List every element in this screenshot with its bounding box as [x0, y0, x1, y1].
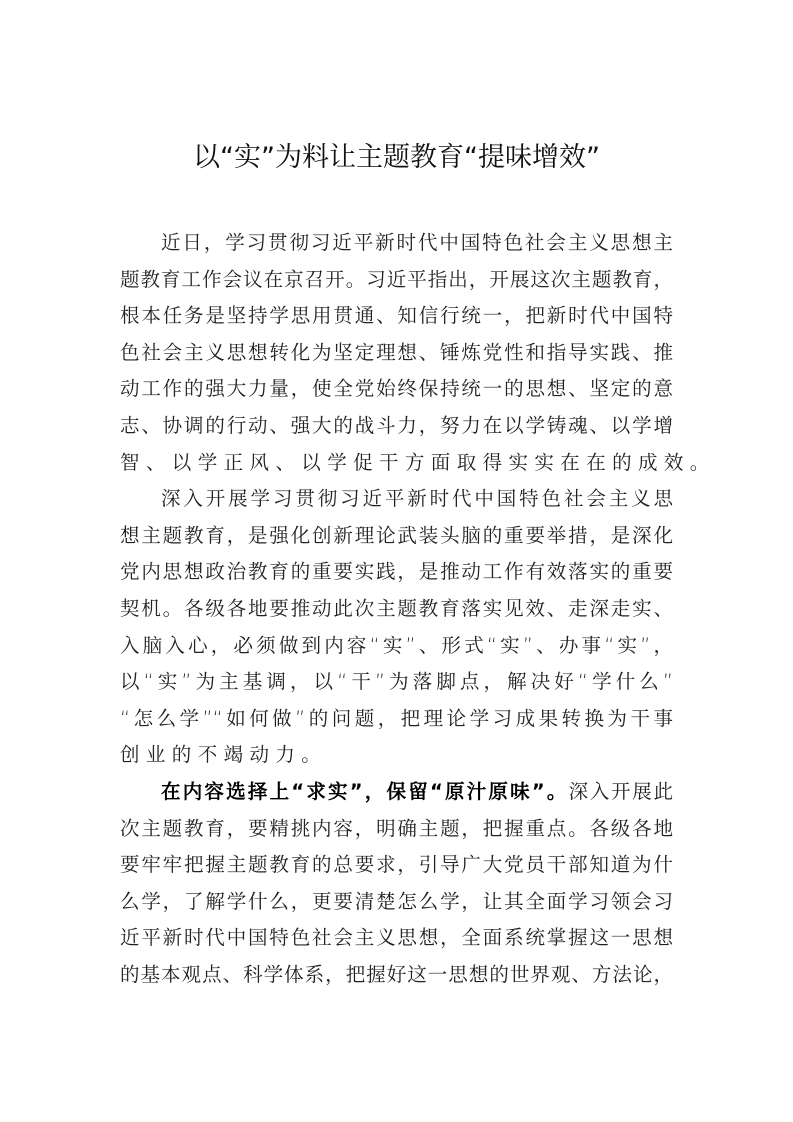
paragraph-line: 动工作的强大力量，使全党始终保持统一的思想、坚定的意 — [120, 371, 673, 408]
document-body: 近日，学习贯彻习近平新时代中国特色社会主义思想主 题教育工作会议在京召开。习近平… — [120, 225, 673, 993]
section-heading: 在内容选择上“求实”，保留“原汁原味”。 — [161, 780, 569, 803]
paragraph-line: “怎么学”“如何做”的问题，把理论学习成果转换为干事 — [120, 701, 673, 738]
paragraph-line: 以“实”为主基调，以“干”为落脚点，解决好“学什么” — [120, 664, 673, 701]
paragraph-line: 题教育工作会议在京召开。习近平指出，开展这次主题教育， — [120, 262, 673, 299]
paragraph-line: 么学，了解学什么，更要清楚怎么学，让其全面学习领会习 — [120, 884, 673, 921]
paragraph-line: 近日，学习贯彻习近平新时代中国特色社会主义思想主 — [120, 225, 673, 262]
paragraph-line: 要牢牢把握主题教育的总要求，引导广大党员干部知道为什 — [120, 847, 673, 884]
paragraph-line: 志、协调的行动、强大的战斗力，努力在以学铸魂、以学增 — [120, 408, 673, 445]
paragraph-line: 次主题教育，要精挑内容，明确主题，把握重点。各级各地 — [120, 811, 673, 848]
paragraph-line: 在内容选择上“求实”，保留“原汁原味”。深入开展此 — [120, 774, 673, 811]
paragraph-2: 深入开展学习贯彻习近平新时代中国特色社会主义思 想主题教育，是强化创新理论武装头… — [120, 481, 673, 774]
paragraph-line: 党内思想政治教育的重要实践，是推动工作有效落实的重要 — [120, 554, 673, 591]
paragraph-line: 入脑入心，必须做到内容“实”、形式“实”、办事“实”， — [120, 628, 673, 665]
document-title: 以“实”为料让主题教育“提味增效” — [0, 140, 793, 176]
paragraph-3: 在内容选择上“求实”，保留“原汁原味”。深入开展此 次主题教育，要精挑内容，明确… — [120, 774, 673, 994]
paragraph-line: 近平新时代中国特色社会主义思想，全面系统掌握这一思想 — [120, 920, 673, 957]
paragraph-line: 根本任务是坚持学思用贯通、知信行统一，把新时代中国特 — [120, 298, 673, 335]
paragraph-line: 想主题教育，是强化创新理论武装头脑的重要举措，是深化 — [120, 518, 673, 555]
paragraph-line: 智、以学正风、以学促干方面取得实实在在的成效。 — [120, 445, 673, 482]
paragraph-1: 近日，学习贯彻习近平新时代中国特色社会主义思想主 题教育工作会议在京召开。习近平… — [120, 225, 673, 481]
paragraph-line: 创业的不竭动力。 — [120, 737, 673, 774]
document-page: 以“实”为料让主题教育“提味增效” 近日，学习贯彻习近平新时代中国特色社会主义思… — [0, 0, 793, 1122]
paragraph-line: 色社会主义思想转化为坚定理想、锤炼党性和指导实践、推 — [120, 335, 673, 372]
paragraph-line: 深入开展学习贯彻习近平新时代中国特色社会主义思 — [120, 481, 673, 518]
heading-continuation: 深入开展此 — [569, 780, 673, 803]
paragraph-line: 的基本观点、科学体系，把握好这一思想的世界观、方法论， — [120, 957, 673, 994]
paragraph-line: 契机。各级各地要推动此次主题教育落实见效、走深走实、 — [120, 591, 673, 628]
